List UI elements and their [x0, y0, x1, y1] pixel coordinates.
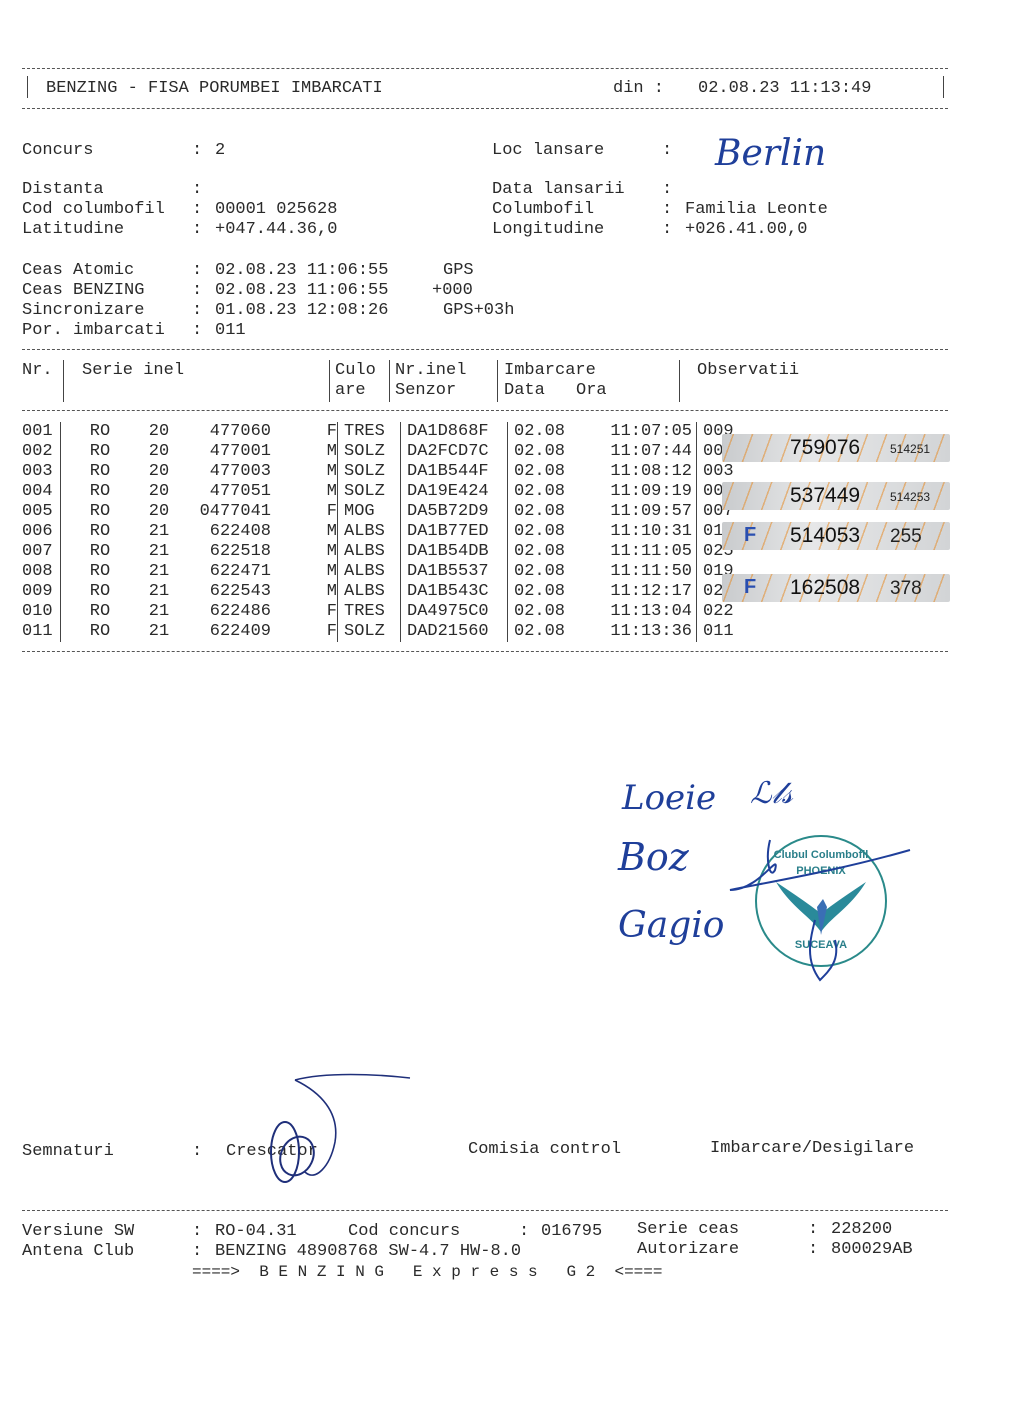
antena-club-label: Antena Club: [22, 1242, 134, 1262]
col-divider: [679, 360, 680, 402]
cell-numar: 622408: [183, 522, 271, 542]
cell-data: 02.08: [512, 622, 584, 642]
cell-senzor: DA2FCD7C: [405, 442, 508, 462]
table-row: 007RO21622518MALBSDA1B54DB02.0811:11:050…: [22, 542, 743, 562]
cell-culoare: SOLZ: [342, 482, 401, 502]
col-header-serie-inel: Serie inel: [82, 361, 184, 381]
versiune-sw-label: Versiune SW: [22, 1222, 134, 1242]
ceas-atomic-label: Ceas Atomic: [22, 261, 134, 281]
col-header-senzor: Senzor: [395, 381, 456, 401]
cell-an: 20: [135, 462, 183, 482]
cell-numar: 0477041: [183, 502, 271, 522]
latitudine-value: +047.44.36,0: [215, 220, 337, 240]
cell-data: 02.08: [512, 442, 584, 462]
cell-numar: 477001: [183, 442, 271, 462]
cell-numar: 622409: [183, 622, 271, 642]
cell-culoare: MOG: [342, 502, 401, 522]
seal-secondary-number: 378: [890, 578, 922, 600]
cell-data: 02.08: [512, 542, 584, 562]
cell-sex: M: [271, 522, 338, 542]
cell-ora: 11:12:17: [584, 582, 697, 602]
cell-culoare: ALBS: [342, 522, 401, 542]
handwritten-name-3: Gagio: [618, 905, 724, 946]
table-row: 010RO21622486FTRESDA4975C002.0811:13:040…: [22, 602, 743, 622]
cell-sex: M: [271, 542, 338, 562]
handwritten-name-1: Loeie: [622, 778, 716, 818]
cell-tara: RO: [65, 602, 135, 622]
sincronizare-value: 01.08.23 12:08:26: [215, 301, 388, 321]
cell-ora: 11:09:19: [584, 482, 697, 502]
document-title: BENZING - FISA PORUMBEI IMBARCATI: [46, 79, 383, 99]
serie-ceas-value: 228200: [831, 1220, 892, 1240]
col-header-culoare-2: are: [335, 381, 366, 401]
cell-nr: 007: [22, 542, 61, 562]
cell-data: 02.08: [512, 562, 584, 582]
cell-an: 21: [135, 522, 183, 542]
cell-numar: 477060: [183, 422, 271, 442]
sincronizare-suffix: GPS+03h: [443, 301, 514, 321]
cell-numar: 477051: [183, 482, 271, 502]
cell-numar: 622518: [183, 542, 271, 562]
cell-tara: RO: [65, 582, 135, 602]
ceas-benzing-label: Ceas BENZING: [22, 281, 144, 301]
longitudine-colon: :: [662, 220, 672, 240]
cell-senzor: DA4975C0: [405, 602, 508, 622]
ceas-benzing-colon: :: [192, 281, 202, 301]
cell-an: 21: [135, 622, 183, 642]
cell-tara: RO: [65, 462, 135, 482]
cell-ora: 11:09:57: [584, 502, 697, 522]
cell-an: 20: [135, 482, 183, 502]
antena-club-colon: :: [192, 1242, 202, 1262]
cell-ora: 11:08:12: [584, 462, 697, 482]
header-din-label: din :: [613, 79, 664, 99]
ceas-benzing-suffix: +000: [432, 281, 473, 301]
cell-an: 21: [135, 542, 183, 562]
cell-senzor: DA1D868F: [405, 422, 508, 442]
semnaturi-label: Semnaturi: [22, 1142, 114, 1162]
cell-sex: M: [271, 442, 338, 462]
table-row: 004RO20477051MSOLZDA19E42402.0811:09:190…: [22, 482, 743, 502]
cell-an: 20: [135, 422, 183, 442]
seal-number: 537449: [790, 484, 860, 508]
cell-an: 21: [135, 582, 183, 602]
latitudine-colon: :: [192, 220, 202, 240]
cell-numar: 622486: [183, 602, 271, 622]
sincronizare-colon: :: [192, 301, 202, 321]
cell-nr: 010: [22, 602, 61, 622]
por-imbarcati-colon: :: [192, 321, 202, 341]
seal-number: 514053: [790, 524, 860, 548]
cod-columbofil-colon: :: [192, 200, 202, 220]
cell-sex: M: [271, 582, 338, 602]
cell-obs: 022: [701, 602, 743, 622]
seal-secondary-number: 514251: [890, 442, 930, 456]
distanta-label: Distanta: [22, 180, 104, 200]
seal-prefix: F: [744, 576, 756, 599]
latitudine-label: Latitudine: [22, 220, 124, 240]
cell-tara: RO: [65, 542, 135, 562]
col-header-culoare-1: Culo: [335, 361, 376, 381]
cell-nr: 003: [22, 462, 61, 482]
col-header-ora: Ora: [576, 381, 607, 401]
ceas-benzing-value: 02.08.23 11:06:55: [215, 281, 388, 301]
concurs-label: Concurs: [22, 141, 93, 161]
cell-culoare: ALBS: [342, 542, 401, 562]
cod-concurs-value: 016795: [541, 1222, 602, 1242]
loc-lansare-colon: :: [662, 141, 672, 161]
cell-data: 02.08: [512, 602, 584, 622]
cod-columbofil-label: Cod columbofil: [22, 200, 165, 220]
col-divider: [329, 360, 330, 402]
seal-label-sticker: F514053255: [722, 522, 950, 550]
ceas-atomic-value: 02.08.23 11:06:55: [215, 261, 388, 281]
versiune-sw-value: RO-04.31: [215, 1222, 297, 1242]
cell-ora: 11:10:31: [584, 522, 697, 542]
col-header-nr-inel: Nr.inel: [395, 361, 466, 381]
col-header-observatii: Observatii: [697, 361, 799, 381]
seal-prefix: F: [744, 524, 756, 547]
serie-ceas-colon: :: [808, 1220, 818, 1240]
comisia-control-label: Comisia control: [468, 1140, 621, 1160]
cell-culoare: SOLZ: [342, 462, 401, 482]
cod-columbofil-value: 00001 025628: [215, 200, 337, 220]
cell-culoare: TRES: [342, 602, 401, 622]
concurs-colon: :: [192, 141, 202, 161]
table-row: 003RO20477003MSOLZDA1B544F02.0811:08:120…: [22, 462, 743, 482]
cod-concurs-colon: :: [519, 1222, 529, 1242]
cell-data: 02.08: [512, 582, 584, 602]
cell-obs: 003: [701, 462, 743, 482]
cell-an: 20: [135, 502, 183, 522]
seal-label-sticker: F162508378: [722, 574, 950, 602]
columbofil-value: Familia Leonte: [685, 200, 828, 220]
table-row: 006RO21622408MALBSDA1B77ED02.0811:10:310…: [22, 522, 743, 542]
cell-an: 21: [135, 602, 183, 622]
signature-scribble: [720, 780, 920, 990]
sincronizare-label: Sincronizare: [22, 301, 144, 321]
handwritten-name-2: Boz: [618, 835, 689, 879]
cell-ora: 11:11:05: [584, 542, 697, 562]
header-bottom-rule: [22, 108, 948, 109]
col-divider: [63, 360, 64, 402]
cell-nr: 006: [22, 522, 61, 542]
cell-nr: 005: [22, 502, 61, 522]
cell-tara: RO: [65, 442, 135, 462]
table-row: 001RO20477060FTRESDA1D868F02.0811:07:050…: [22, 422, 743, 442]
cell-sex: F: [271, 502, 338, 522]
cell-data: 02.08: [512, 482, 584, 502]
header-right-bar: [943, 76, 944, 98]
cell-ora: 11:13:04: [584, 602, 697, 622]
cell-data: 02.08: [512, 462, 584, 482]
cell-tara: RO: [65, 622, 135, 642]
columbofil-label: Columbofil: [492, 200, 594, 220]
seal-label-sticker: 537449514253: [722, 482, 950, 510]
col-header-nr: Nr.: [22, 361, 53, 381]
cell-tara: RO: [65, 522, 135, 542]
seal-secondary-number: 255: [890, 526, 922, 548]
longitudine-label: Longitudine: [492, 220, 604, 240]
cell-ora: 11:13:36: [584, 622, 697, 642]
data-lansarii-colon: :: [662, 180, 672, 200]
seal-label-sticker: 759076514251: [722, 434, 950, 462]
table-top-rule: [22, 349, 948, 350]
cell-sex: M: [271, 562, 338, 582]
autorizare-value: 800029AB: [831, 1240, 913, 1260]
cell-culoare: ALBS: [342, 582, 401, 602]
cell-ora: 11:07:44: [584, 442, 697, 462]
seal-secondary-number: 514253: [890, 490, 930, 504]
cell-senzor: DA1B544F: [405, 462, 508, 482]
cell-nr: 008: [22, 562, 61, 582]
cell-senzor: DA19E424: [405, 482, 508, 502]
table-row: 002RO20477001MSOLZDA2FCD7C02.0811:07:440…: [22, 442, 743, 462]
cell-ora: 11:11:50: [584, 562, 697, 582]
seal-number: 162508: [790, 576, 860, 600]
por-imbarcati-value: 011: [215, 321, 246, 341]
cell-culoare: ALBS: [342, 562, 401, 582]
table-bottom-rule: [22, 651, 948, 652]
cell-ora: 11:07:05: [584, 422, 697, 442]
seal-number: 759076: [790, 436, 860, 460]
antena-club-value: BENZING 48908768 SW-4.7 HW-8.0: [215, 1242, 521, 1262]
cell-senzor: DAD21560: [405, 622, 508, 642]
cell-an: 21: [135, 562, 183, 582]
table-row: 011RO21622409FSOLZDAD2156002.0811:13:360…: [22, 622, 743, 642]
concurs-value: 2: [215, 141, 225, 161]
header-left-bar: [27, 76, 28, 98]
serie-ceas-label: Serie ceas: [637, 1220, 739, 1240]
cell-senzor: DA1B543C: [405, 582, 508, 602]
cod-concurs-label: Cod concurs: [348, 1222, 460, 1242]
cell-numar: 477003: [183, 462, 271, 482]
semnaturi-colon: :: [192, 1142, 202, 1162]
cell-sex: M: [271, 482, 338, 502]
por-imbarcati-label: Por. imbarcati: [22, 321, 165, 341]
table-header-rule: [22, 410, 948, 411]
cell-sex: F: [271, 622, 338, 642]
cell-nr: 001: [22, 422, 61, 442]
cell-senzor: DA5B72D9: [405, 502, 508, 522]
benzing-express-banner: ====> B E N Z I N G E x p r e s s G 2 <=…: [192, 1262, 662, 1282]
longitudine-value: +026.41.00,0: [685, 220, 807, 240]
cell-culoare: SOLZ: [342, 442, 401, 462]
versiune-sw-colon: :: [192, 1222, 202, 1242]
header-top-rule: [22, 68, 948, 69]
col-divider: [497, 360, 498, 402]
cell-sex: F: [271, 602, 338, 622]
cell-nr: 011: [22, 622, 61, 642]
imbarcare-desigilare-label: Imbarcare/Desigilare: [710, 1139, 914, 1159]
col-header-imbarcare: Imbarcare: [504, 361, 596, 381]
columbofil-colon: :: [662, 200, 672, 220]
loc-lansare-label: Loc lansare: [492, 141, 604, 161]
cell-senzor: DA1B77ED: [405, 522, 508, 542]
table-row: 008RO21622471MALBSDA1B553702.0811:11:500…: [22, 562, 743, 582]
cell-data: 02.08: [512, 522, 584, 542]
data-lansarii-label: Data lansarii: [492, 180, 625, 200]
distanta-colon: :: [192, 180, 202, 200]
cell-nr: 009: [22, 582, 61, 602]
table-row: 005RO200477041FMOGDA5B72D902.0811:09:570…: [22, 502, 743, 522]
cell-culoare: TRES: [342, 422, 401, 442]
crescator-signature: [245, 1072, 415, 1197]
cell-nr: 004: [22, 482, 61, 502]
cell-tara: RO: [65, 502, 135, 522]
autorizare-colon: :: [808, 1240, 818, 1260]
ceas-atomic-suffix: GPS: [443, 261, 474, 281]
cell-culoare: SOLZ: [342, 622, 401, 642]
footer-rule: [22, 1210, 948, 1211]
cell-tara: RO: [65, 482, 135, 502]
cell-obs: 011: [701, 622, 743, 642]
col-header-data: Data: [504, 381, 545, 401]
cell-data: 02.08: [512, 422, 584, 442]
cell-data: 02.08: [512, 502, 584, 522]
cell-tara: RO: [65, 422, 135, 442]
pigeon-table: 001RO20477060FTRESDA1D868F02.0811:07:050…: [22, 422, 743, 642]
header-timestamp: 02.08.23 11:13:49: [698, 79, 871, 99]
cell-sex: F: [271, 422, 338, 442]
ceas-atomic-colon: :: [192, 261, 202, 281]
cell-numar: 622543: [183, 582, 271, 602]
autorizare-label: Autorizare: [637, 1240, 739, 1260]
cell-numar: 622471: [183, 562, 271, 582]
cell-an: 20: [135, 442, 183, 462]
cell-nr: 002: [22, 442, 61, 462]
cell-senzor: DA1B5537: [405, 562, 508, 582]
table-row: 009RO21622543MALBSDA1B543C02.0811:12:170…: [22, 582, 743, 602]
cell-sex: M: [271, 462, 338, 482]
cell-tara: RO: [65, 562, 135, 582]
cell-senzor: DA1B54DB: [405, 542, 508, 562]
col-divider: [389, 360, 390, 402]
loc-lansare-handwritten: Berlin: [715, 133, 826, 174]
